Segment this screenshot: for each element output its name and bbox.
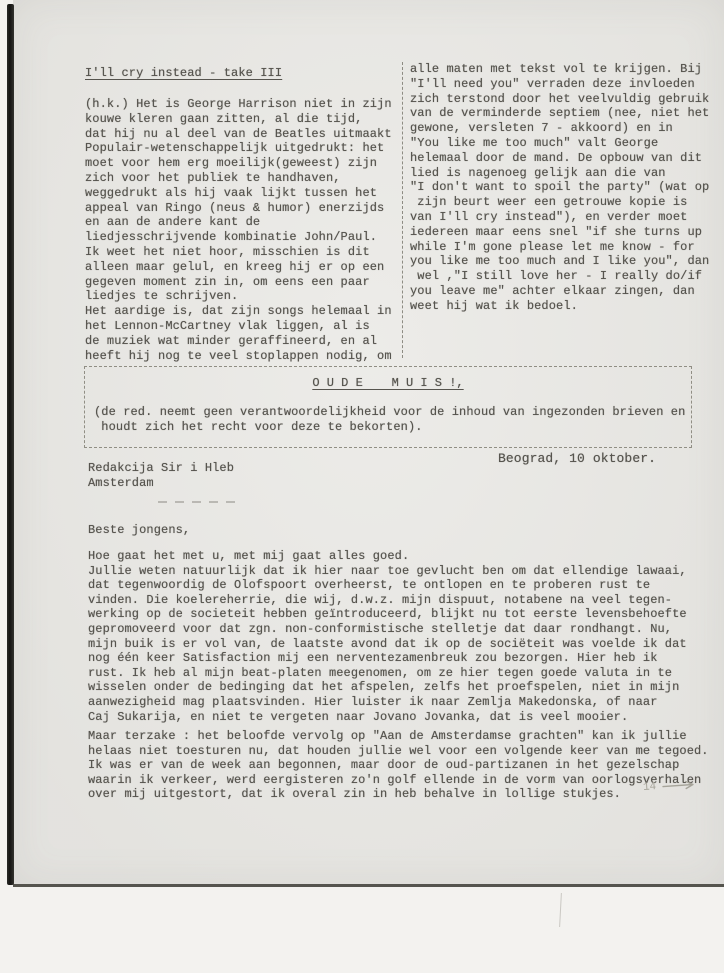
article-left-column: (h.k.) Het is George Harrison niet in zi…: [85, 97, 395, 363]
article-title: I'll cry instead - take III: [85, 66, 282, 81]
article-right-column: alle maten met tekst vol te krijgen. Bij…: [410, 62, 718, 314]
sender-address: Redakcija Sir i Hleb Amsterdam: [88, 461, 234, 491]
pencil-smudge: [158, 501, 240, 503]
letter-paragraph-1: Hoe gaat het met u, met mij gaat alles g…: [88, 549, 687, 724]
letter-paragraph-2: Maar terzake : het beloofde vervolg op "…: [88, 729, 709, 802]
notice-disclaimer: (de red. neemt geen verantwoordelijkheid…: [94, 405, 685, 435]
salutation: Beste jongens,: [88, 523, 190, 538]
notice-box: O U D E M U I S !, (de red. neemt geen v…: [84, 366, 692, 448]
page-number: 14: [643, 781, 657, 794]
pencil-scratch: [559, 893, 562, 927]
scan-edge-shadow: [7, 4, 14, 885]
long-right-arrow-icon: [662, 779, 701, 792]
dateline: Beograd, 10 oktober.: [498, 452, 656, 467]
notice-title: O U D E M U I S !,: [85, 376, 691, 390]
column-divider-line: [402, 62, 403, 358]
